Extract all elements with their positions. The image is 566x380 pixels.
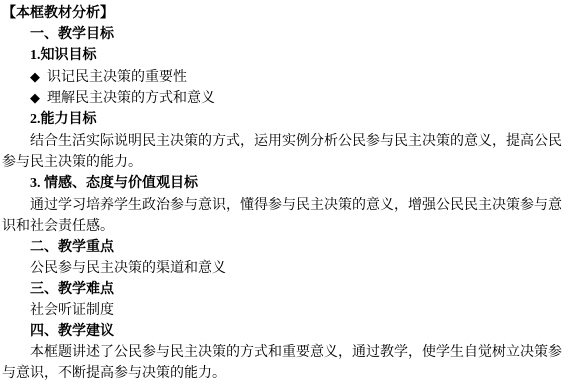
heading-number: 1.: [30, 48, 41, 63]
subheading-knowledge-goal: 1.知识目标: [2, 44, 566, 66]
section-heading-teaching-suggestion: 四、教学建议: [2, 320, 566, 341]
bullet-text: 识记民主决策的重要性: [47, 68, 187, 84]
section-heading-teaching-goals: 一、教学目标: [2, 23, 566, 44]
section-heading-teaching-focus: 二、教学重点: [2, 236, 566, 257]
paragraph-ability-goal: 结合生活实际说明民主决策的方式，运用实例分析公民参与民主决策的意义，提高公民参与…: [2, 130, 566, 172]
heading-number: 2.: [30, 112, 41, 127]
diamond-bullet-icon: ◆: [30, 69, 40, 84]
section-heading-teaching-difficulty: 三、教学难点: [2, 278, 566, 299]
bullet-item: ◆识记民主决策的重要性: [2, 66, 566, 87]
paragraph-affective-goal: 通过学习培养学生政治参与意识，懂得参与民主决策的意义，增强公民民主决策参与意识和…: [2, 194, 566, 236]
subheading-ability-goal: 2.能力目标: [2, 108, 566, 130]
bullet-text: 理解民主决策的方式和意义: [47, 89, 215, 105]
heading-label: 情感、态度与价值观目标: [44, 174, 198, 190]
paragraph-teaching-suggestion: 本框题讲述了公民参与民主决策的方式和重要意义，通过教学，使学生自觉树立决策参与意…: [2, 341, 566, 380]
subheading-affective-goal: 3. 情感、态度与价值观目标: [2, 172, 566, 194]
paragraph-teaching-difficulty: 社会听证制度: [2, 299, 566, 320]
heading-label: 能力目标: [41, 110, 97, 126]
bullet-item: ◆理解民主决策的方式和意义: [2, 87, 566, 108]
paragraph-teaching-focus: 公民参与民主决策的渠道和意义: [2, 257, 566, 278]
document-page: 【本框教材分析】 一、教学目标 1.知识目标 ◆识记民主决策的重要性 ◆理解民主…: [0, 0, 566, 380]
diamond-bullet-icon: ◆: [30, 90, 40, 105]
heading-label: 知识目标: [41, 46, 97, 62]
heading-number: 3.: [30, 176, 44, 191]
page-title: 【本框教材分析】: [2, 2, 566, 23]
